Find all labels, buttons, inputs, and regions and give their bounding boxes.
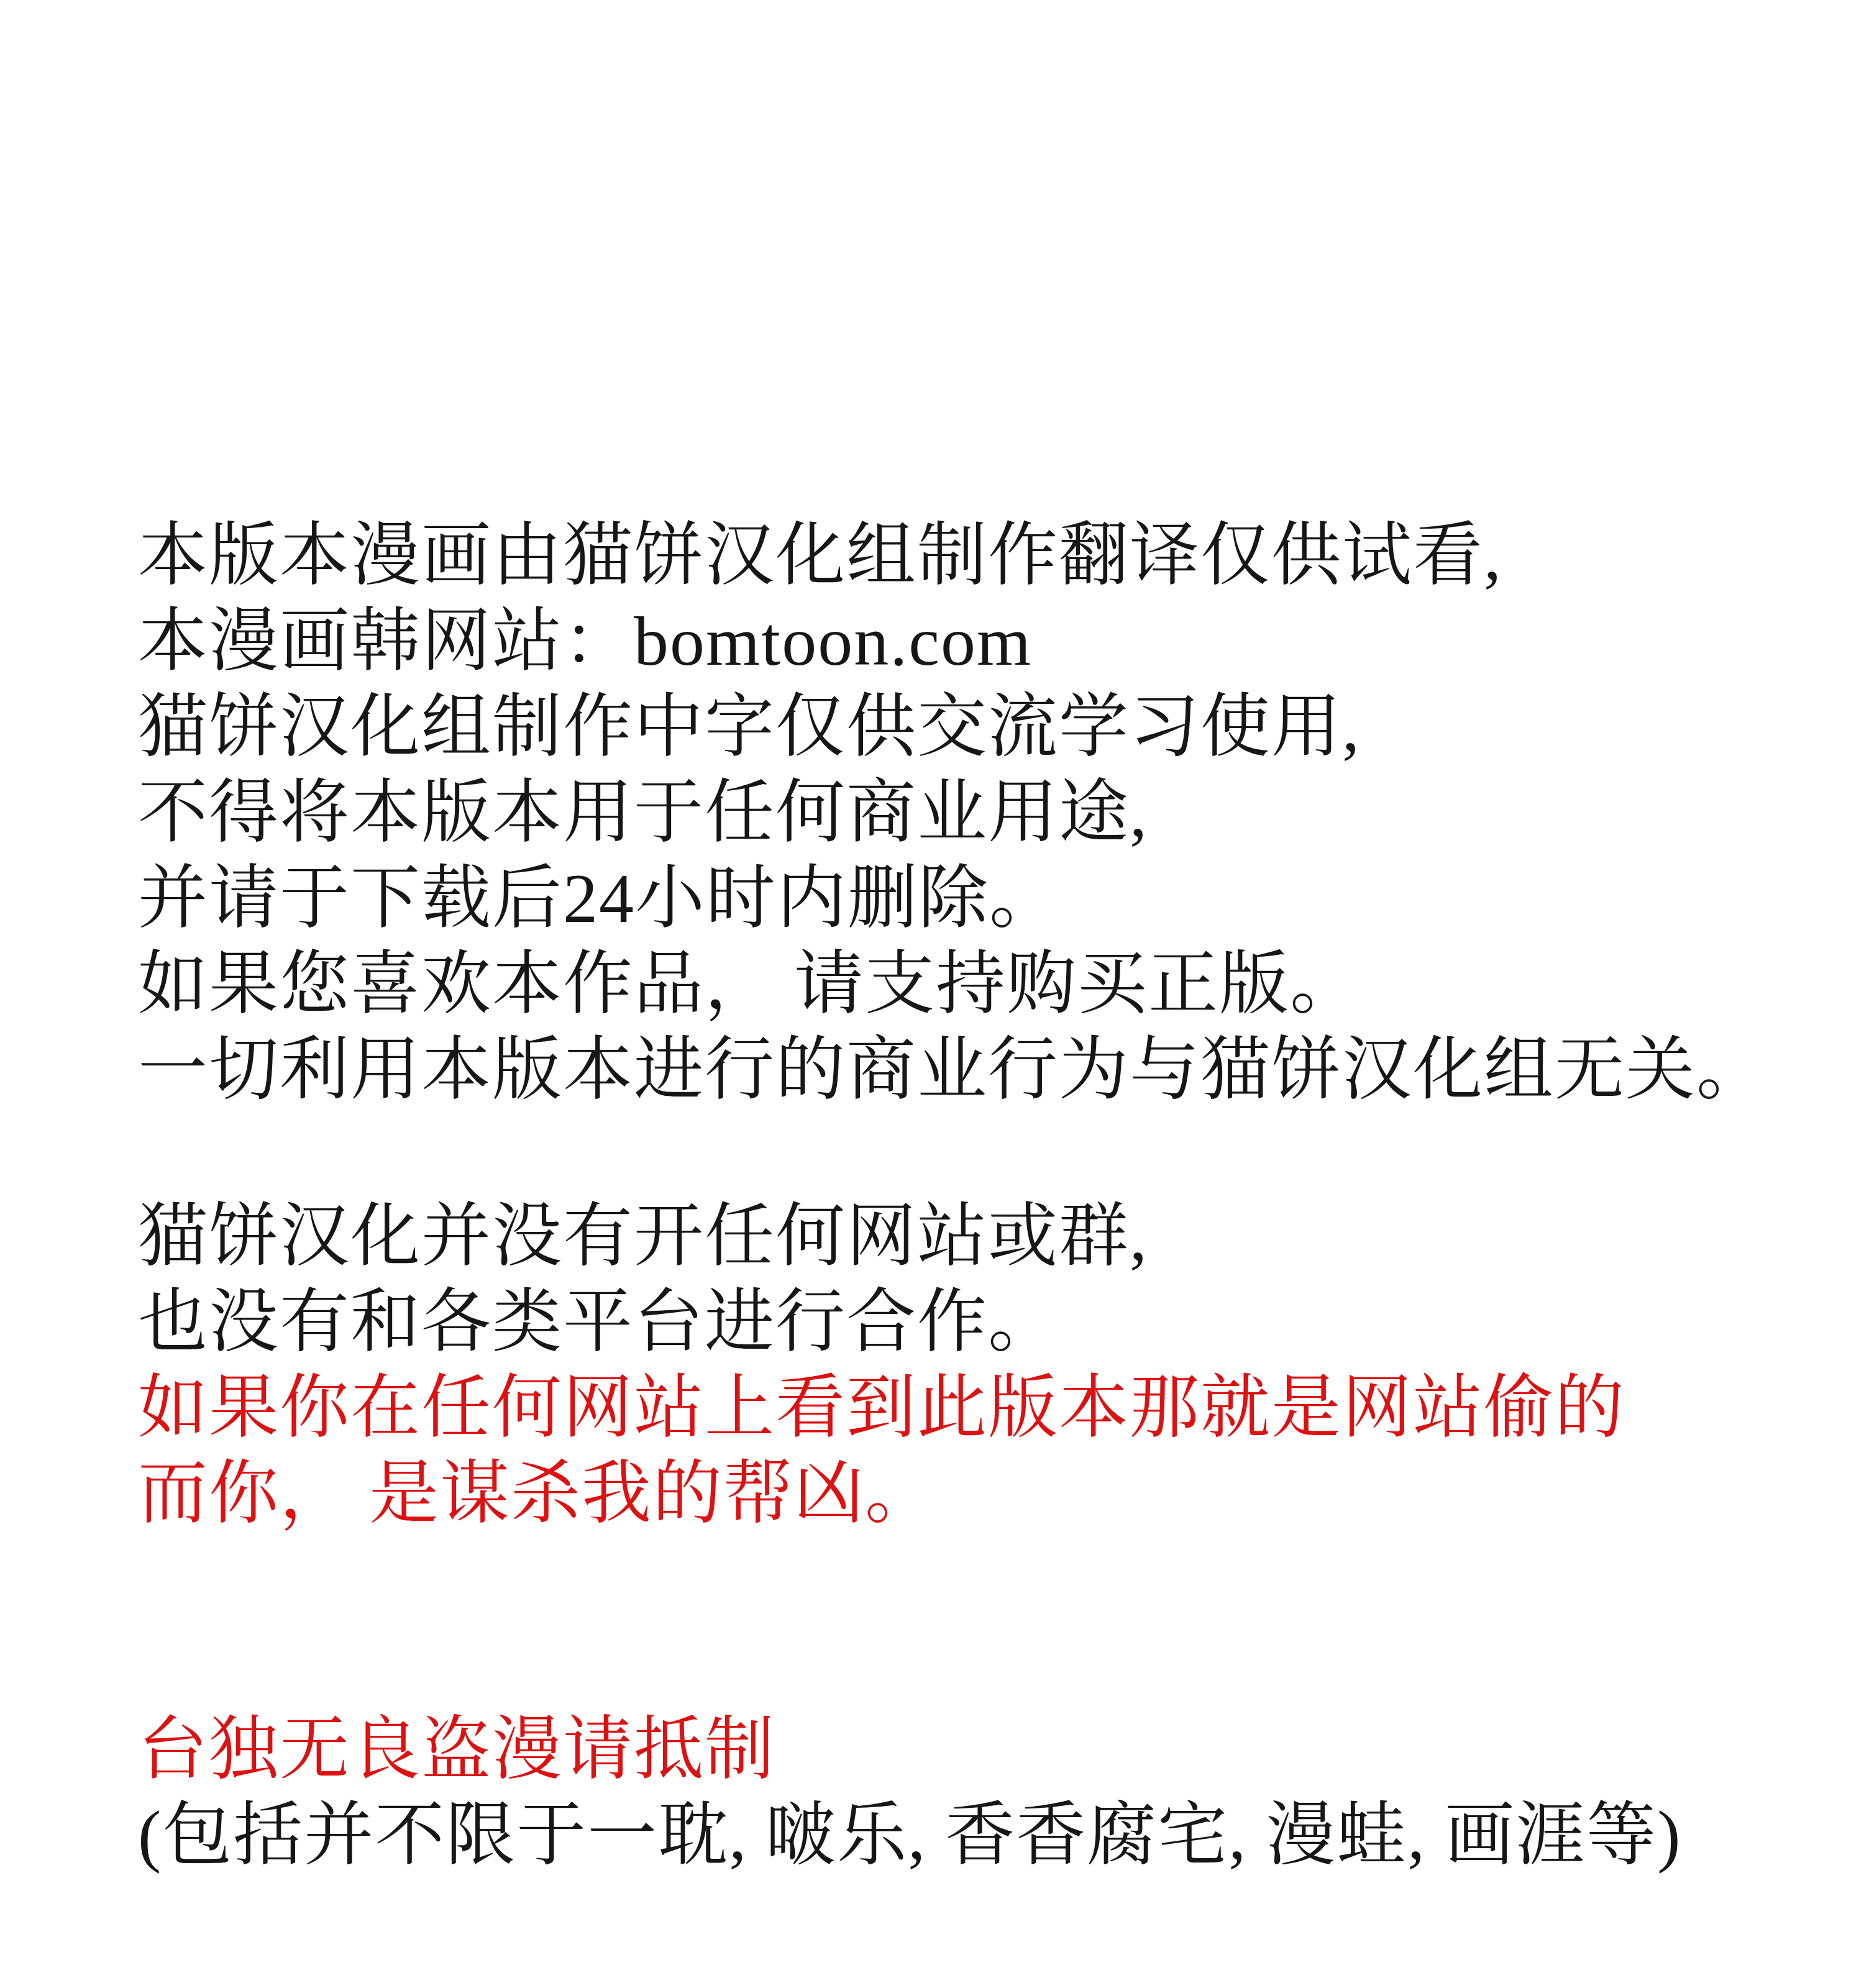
notice-paragraph-warning: 猫饼汉化并没有开任何网站或群, 也没有和各类平台进行合作。 如果你在任何网站上看… xyxy=(138,1194,1828,1537)
notice-paragraph-usage: 本版本漫画由猫饼汉化组制作翻译仅供试看, 本漫画韩网站：bomtoon.com … xyxy=(138,513,1828,1113)
delete-24h-line: 并请于下载后24小时内删除。 xyxy=(138,856,1828,942)
boycott-line: 台独无良盗漫请抵制 xyxy=(138,1707,1828,1793)
stolen-warning-line: 如果你在任何网站上看到此版本那就是网站偷的 xyxy=(138,1366,1828,1451)
no-commercial-line: 不得将本版本用于任何商业用途, xyxy=(138,770,1828,856)
commercial-disclaimer-line: 一切利用本版本进行的商业行为与猫饼汉化组无关。 xyxy=(138,1028,1828,1113)
support-official-line: 如果您喜欢本作品， 请支持购买正版。 xyxy=(138,942,1828,1028)
credit-line: 本版本漫画由猫饼汉化组制作翻译仅供试看, xyxy=(138,513,1828,599)
usage-line: 猫饼汉化组制作中字仅供交流学习使用, xyxy=(138,685,1828,770)
disclaimer-page: 本版本漫画由猫饼汉化组制作翻译仅供试看, 本漫画韩网站：bomtoon.com … xyxy=(0,0,1864,1988)
notice-paragraph-boycott: 台独无良盗漫请抵制 (包括并不限于一耽, 啵乐, 香香腐宅, 漫蛙, 画涯等) xyxy=(138,1707,1828,1879)
no-platform-line: 也没有和各类平台进行合作。 xyxy=(138,1280,1828,1366)
accomplice-warning-line: 而你， 是谋杀我的帮凶。 xyxy=(138,1451,1828,1537)
no-website-line: 猫饼汉化并没有开任何网站或群, xyxy=(138,1194,1828,1280)
source-site-line: 本漫画韩网站：bomtoon.com xyxy=(138,599,1828,685)
boycott-sites-line: (包括并不限于一耽, 啵乐, 香香腐宅, 漫蛙, 画涯等) xyxy=(138,1793,1828,1879)
